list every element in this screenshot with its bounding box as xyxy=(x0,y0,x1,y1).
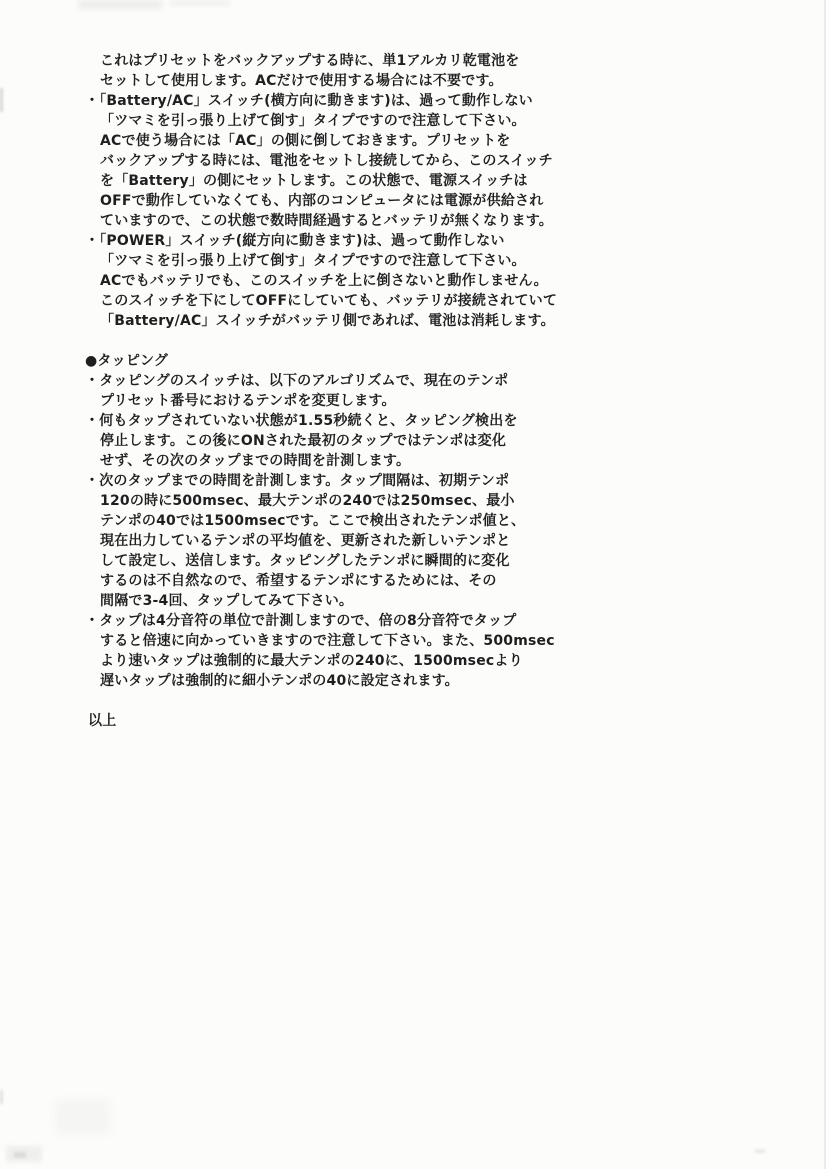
text-line: 「ツマミを引っ張り上げて倒す」タイプですので注意して下さい。 xyxy=(85,111,670,131)
tapping-section: ・タッピングのスイッチは、以下のアルゴリズムで、現在のテンポプリセット番号におけ… xyxy=(85,371,670,691)
text-line: すると倍速に向かっていきますので注意して下さい。また、500msec xyxy=(85,631,670,651)
scan-artifact xyxy=(55,1100,110,1134)
text-line: ていますので、この状態で数時間経過するとバッテリが無くなります。 xyxy=(85,211,670,231)
text-line: テンポの40では1500msecです。ここで検出されたテンポ値と、 xyxy=(85,511,670,531)
text-line: するのは不自然なので、希望するテンポにするためには、その xyxy=(85,571,670,591)
text-line: OFFで動作していなくても、内部のコンピュータには電源が供給され xyxy=(85,191,670,211)
scan-artifact xyxy=(170,0,230,6)
scan-artifact xyxy=(14,1152,26,1158)
text-line: ・次のタップまでの時間を計測します。タップ間隔は、初期テンポ xyxy=(85,471,670,491)
text-line: せず、その次のタップまでの時間を計測します。 xyxy=(85,451,670,471)
text-line: より速いタップは強制的に最大テンポの240に、1500msecより xyxy=(85,651,670,671)
text-line: ・タップは4分音符の単位で計測しますので、倍の8分音符でタップ xyxy=(85,611,670,631)
text-line: セットして使用します。ACだけで使用する場合には不要です。 xyxy=(85,71,670,91)
scan-artifact xyxy=(0,88,3,112)
text-line: 120の時に500msec、最大テンポの240では250msec、最小 xyxy=(85,491,670,511)
text-line: ・「Battery/AC」スイッチ(横方向に動きます)は、過って動作しない xyxy=(85,91,670,111)
text-line: 「Battery/AC」スイッチがバッテリ側であれば、電池は消耗します。 xyxy=(85,311,670,331)
text-line: 遅いタップは強制的に細小テンポの40に設定されます。 xyxy=(85,671,670,691)
text-line: 「ツマミを引っ張り上げて倒す」タイプですので注意して下さい。 xyxy=(85,251,670,271)
text-line: ・「POWER」スイッチ(縦方向に動きます)は、過って動作しない xyxy=(85,231,670,251)
text-line: ACで使う場合には「AC」の側に倒しておきます。プリセットを xyxy=(85,131,670,151)
text-line: プリセット番号におけるテンポを変更します。 xyxy=(85,391,670,411)
document-end-marker: 以上 xyxy=(85,711,670,731)
scan-artifact xyxy=(0,1090,3,1104)
tapping-section-heading: ●タッピング xyxy=(85,351,670,371)
text-line: ・何もタップされていない状態が1.55秒続くと、タッピング検出を xyxy=(85,411,670,431)
battery-section: これはプリセットをバックアップする時に、単1アルカリ乾電池をセットして使用します… xyxy=(85,51,670,331)
scan-artifact xyxy=(6,1146,42,1162)
text-line: ・タッピングのスイッチは、以下のアルゴリズムで、現在のテンポ xyxy=(85,371,670,391)
document-body: これはプリセットをバックアップする時に、単1アルカリ乾電池をセットして使用します… xyxy=(85,51,670,731)
text-line: ACでもバッテリでも、このスイッチを上に倒さないと動作しません。 xyxy=(85,271,670,291)
text-line: して設定し、送信します。タッピングしたテンポに瞬間的に変化 xyxy=(85,551,670,571)
text-line: バックアップする時には、電池をセットし接続してから、このスイッチ xyxy=(85,151,670,171)
text-line: これはプリセットをバックアップする時に、単1アルカリ乾電池を xyxy=(85,51,670,71)
text-line: 間隔で3-4回、タップしてみて下さい。 xyxy=(85,591,670,611)
scan-artifact xyxy=(78,0,162,9)
text-line: 現在出力しているテンポの平均値を、更新された新しいテンポと xyxy=(85,531,670,551)
text-line: 停止します。この後にONされた最初のタップではテンポは変化 xyxy=(85,431,670,451)
text-line: このスイッチを下にしてOFFにしていても、バッテリが接続されていて xyxy=(85,291,670,311)
text-line: を「Battery」の側にセットします。この状態で、電源スイッチは xyxy=(85,171,670,191)
scanned-manual-page: これはプリセットをバックアップする時に、単1アルカリ乾電池をセットして使用します… xyxy=(0,0,826,1169)
scan-artifact xyxy=(755,1149,765,1153)
